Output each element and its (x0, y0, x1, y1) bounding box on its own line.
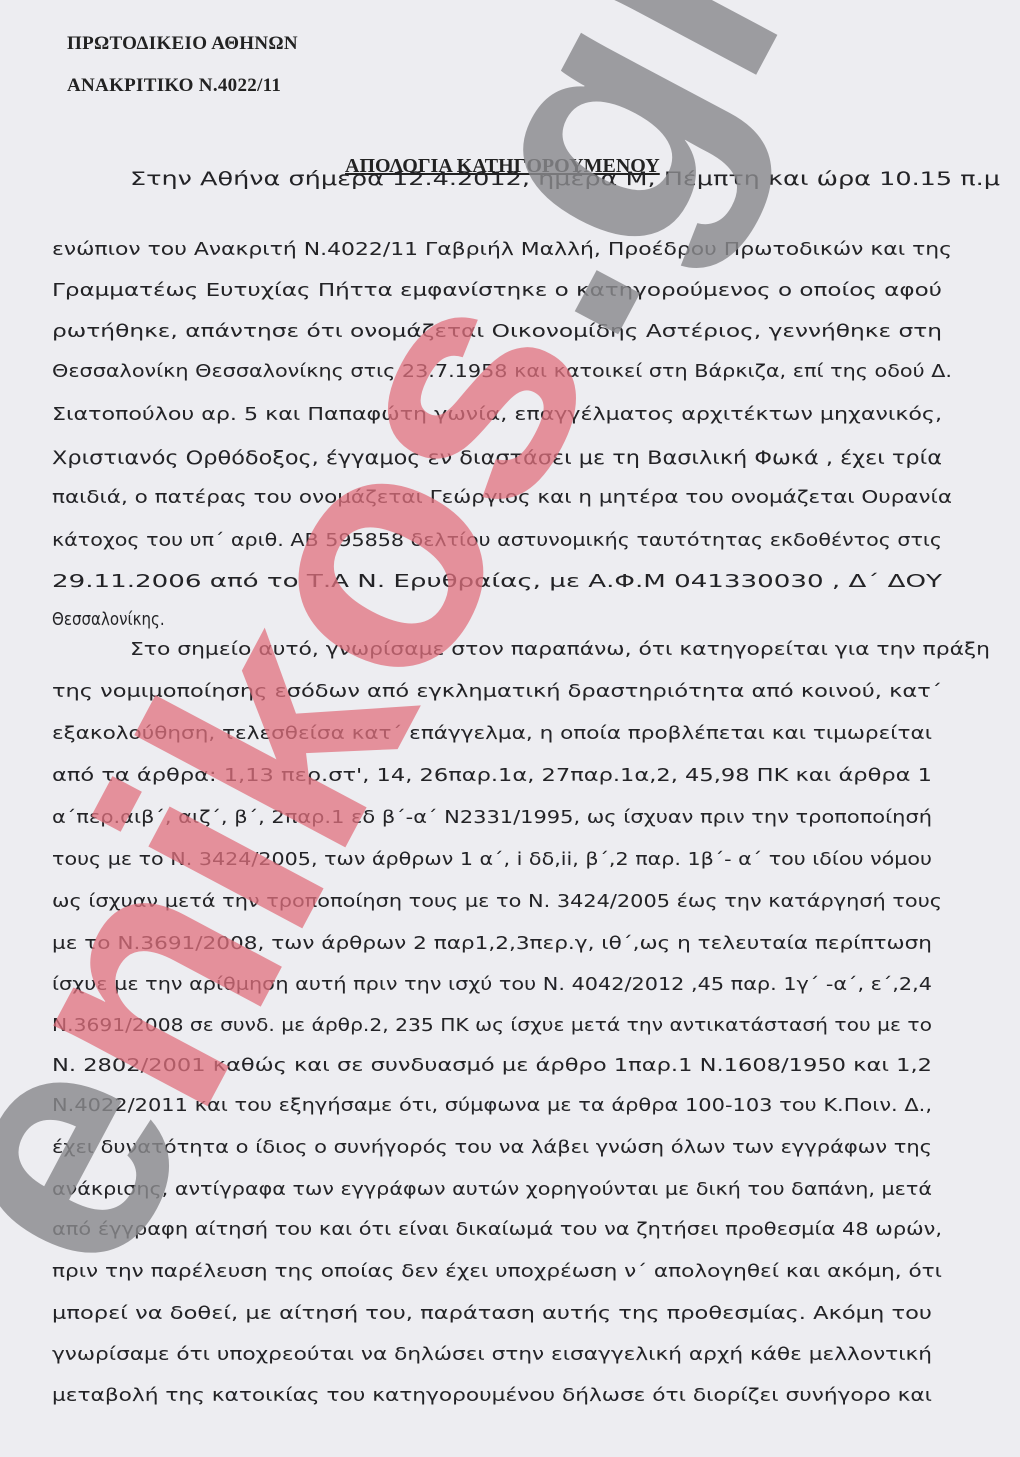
document-line: ρωτήθηκε, απάντησε ότι ονομάζεται Οικονο… (52, 322, 942, 342)
document-line: Χριστιανός Ορθόδοξος, έγγαμος εν διαστάσ… (52, 447, 942, 469)
document-line: γνωρίσαμε ότι υποχρεούται να δηλώσει στη… (52, 1345, 932, 1365)
document-line: τους με το Ν. 3424/2005, των άρθρων 1 α΄… (52, 850, 932, 870)
document-line: εξακολούθηση, τελεσθείσα κατ΄ επάγγελμα,… (52, 724, 932, 744)
document-line: μεταβολή της κατοικίας του κατηγορουμένο… (52, 1386, 932, 1406)
document-line: από τα άρθρα: 1,13 περ.στ', 14, 26παρ.1α… (52, 766, 932, 786)
court-name: ΠΡΩΤΟΔΙΚΕΙΟ ΑΘΗΝΩΝ (67, 33, 298, 55)
document-line: έχει δυνατότητα ο ίδιος ο συνήγορός του … (52, 1138, 932, 1158)
document-line: Γραμματέως Ευτυχίας Πήττα εμφανίστηκε ο … (52, 281, 942, 301)
document-page: ΠΡΩΤΟΔΙΚΕΙΟ ΑΘΗΝΩΝ ΑΝΑΚΡΙΤΙΚΟ Ν.4022/11 … (0, 0, 1020, 1457)
document-line: ως ίσχυαν μετά την τροποποίηση τους με τ… (52, 892, 942, 912)
document-line: α΄περ.αιβ΄, αιζ΄, β΄, 2παρ.1 εδ β΄-α΄ Ν2… (52, 808, 932, 828)
document-line: ίσχυε με την αρίθμηση αυτή πριν την ισχύ… (52, 975, 932, 995)
document-line: Στο σημείο αυτό, γνωρίσαμε στον παραπάνω… (130, 640, 990, 660)
document-line: Ν. 2802/2001 καθώς και σε συνδυασμό με ά… (52, 1056, 932, 1076)
document-line: πριν την παρέλευση της οποίας δεν έχει υ… (52, 1262, 942, 1282)
document-line: παιδιά, ο πατέρας του ονομάζεται Γεώργιο… (52, 488, 952, 508)
document-line: από έγγραφη αίτησή του και ότι είναι δικ… (52, 1220, 942, 1240)
document-line: Ν.4022/2011 και του εξηγήσαμε ότι, σύμφω… (52, 1096, 932, 1116)
document-line: ενώπιον του Ανακριτή Ν.4022/11 Γαβριήλ Μ… (52, 240, 952, 260)
document-line: Θεσσαλονίκη Θεσσαλονίκης στις 23.7.1958 … (52, 362, 952, 382)
document-line: της νομιμοποίησης εσόδων από εγκληματική… (52, 682, 942, 702)
document-line: με το Ν.3691/2008, των άρθρων 2 παρ1,2,3… (52, 934, 932, 954)
document-line: 29.11.2006 από το Τ.Α Ν. Ερυθραίας, με Α… (52, 572, 942, 592)
document-line: Ν.3691/2008 σε συνδ. με άρθρ.2, 235 ΠΚ ω… (52, 1016, 932, 1036)
document-line: Θεσσαλονίκης. (52, 610, 165, 630)
case-number: ΑΝΑΚΡΙΤΙΚΟ Ν.4022/11 (67, 75, 281, 97)
document-line: κάτοχος του υπ΄ αριθ. ΑΒ 595858 δελτίου … (52, 531, 942, 551)
document-line: μπορεί να δοθεί, με αίτησή του, παράταση… (52, 1304, 932, 1324)
document-line: ανάκρισης, αντίγραφα των εγγράφων αυτών … (52, 1180, 932, 1200)
document-line: Στην Αθήνα σήμερα 12.4.2012, ημέρα Μ, Πέ… (130, 168, 1000, 190)
document-line: Σιατοπούλου αρ. 5 και Παπαφώτη γωνία, επ… (52, 405, 942, 425)
